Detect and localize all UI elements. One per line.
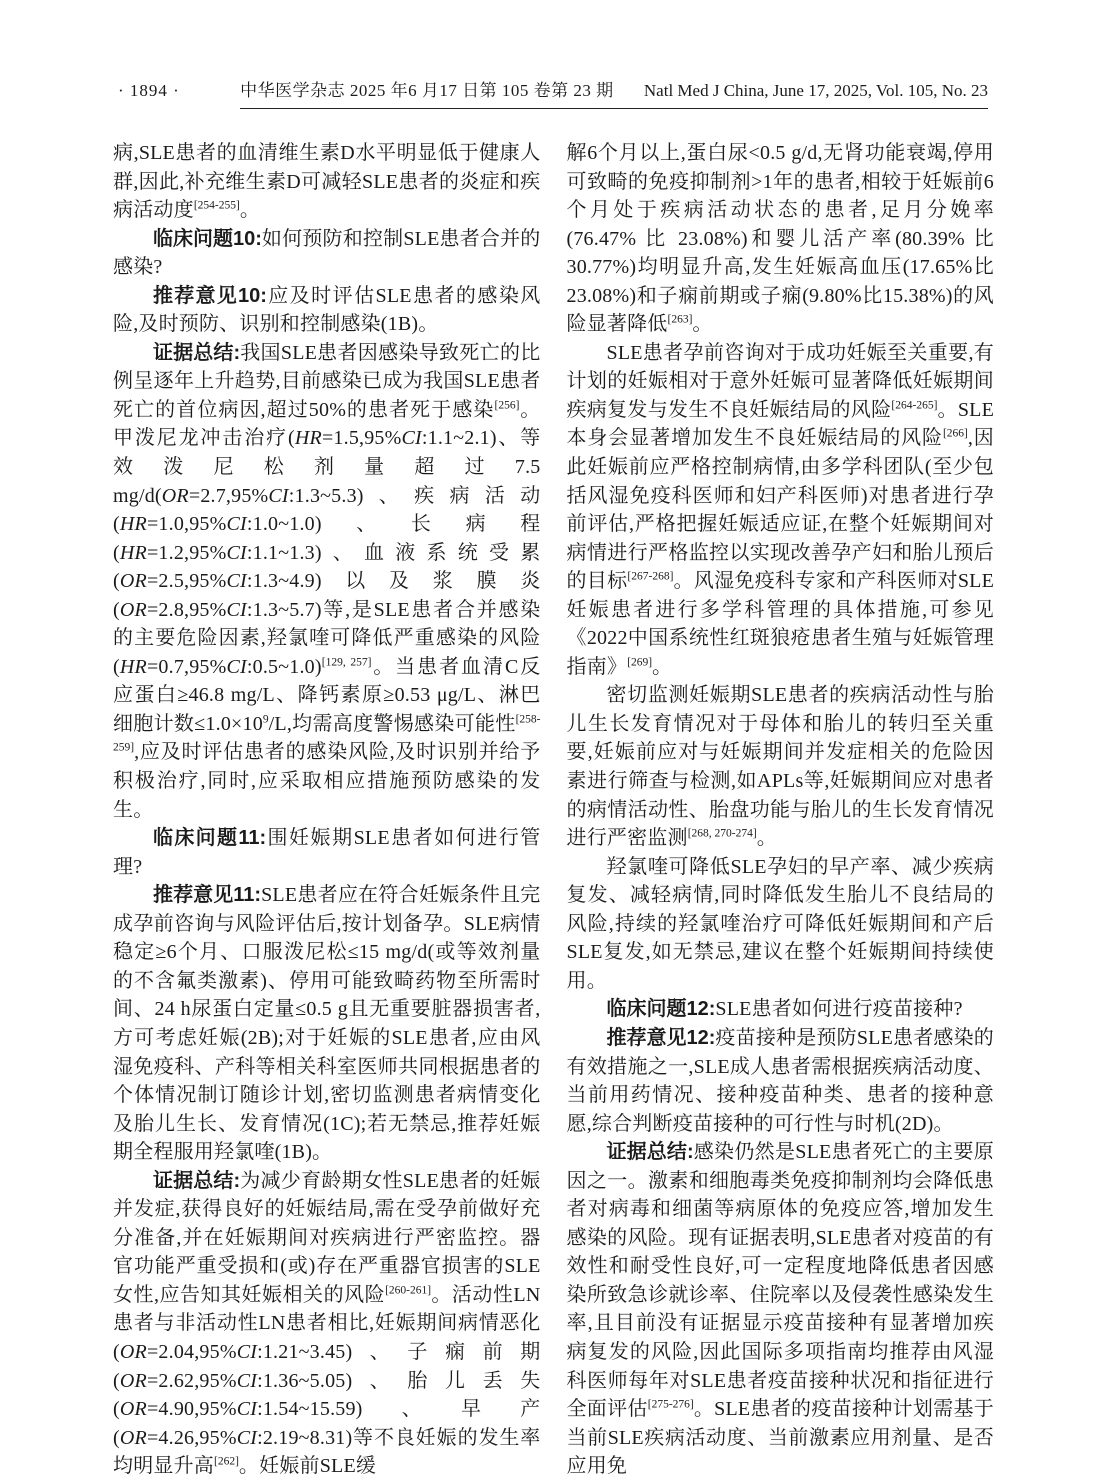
section-label: 临床问题12: xyxy=(607,998,716,1020)
statistic-variable: HR xyxy=(120,513,147,535)
reference-superscript: [266] xyxy=(943,428,968,440)
paragraph: 推荐意见11:SLE患者应在符合妊娠条件且完成孕前咨询与风险评估后,按计划备孕。… xyxy=(113,881,541,1166)
paragraph: 证据总结:为减少育龄期女性SLE患者的妊娠并发症,获得良好的妊娠结局,需在受孕前… xyxy=(113,1167,541,1481)
statistic-variable: OR xyxy=(120,1427,147,1449)
article-body: 病,SLE患者的血清维生素D水平明显低于健康人群,因此,补充维生素D可减轻SLE… xyxy=(113,139,994,1481)
reference-superscript: [269] xyxy=(627,656,652,668)
paragraph: 证据总结:我国SLE患者因感染导致死亡的比例呈逐年上升趋势,目前感染已成为我国S… xyxy=(113,339,541,824)
reference-superscript: [256] xyxy=(494,399,519,411)
section-label: 证据总结: xyxy=(607,1141,694,1163)
paragraph: 临床问题11:围妊娠期SLE患者如何进行管理? xyxy=(113,824,541,881)
statistic-variable: HR xyxy=(120,542,147,564)
statistic-variable: OR xyxy=(162,485,189,507)
statistic-variable: CI xyxy=(226,513,246,535)
reference-superscript: [275-276] xyxy=(648,1398,694,1410)
statistic-variable: CI xyxy=(226,570,246,592)
statistic-variable: CI xyxy=(226,599,246,621)
paragraph: 证据总结:感染仍然是SLE患者死亡的主要原因之一。激素和细胞毒类免疫抑制剂均会降… xyxy=(567,1138,995,1481)
paragraph: 推荐意见10:应及时评估SLE患者的感染风险,及时预防、识别和控制感染(1B)。 xyxy=(113,282,541,339)
section-label: 临床问题10: xyxy=(153,228,262,250)
reference-superscript: [267-268] xyxy=(627,571,673,583)
reference-superscript: [263] xyxy=(668,314,693,326)
journal-citation-cn: 中华医学杂志 2025 年6 月17 日第 105 卷第 23 期 xyxy=(240,81,614,100)
reference-superscript: [264-265] xyxy=(891,399,937,411)
right-column: 解6个月以上,蛋白尿<0.5 g/d,无肾功能衰竭,停用可致畸的免疫抑制剂>1年… xyxy=(567,139,995,1481)
paragraph: 临床问题10:如何预防和控制SLE患者合并的感染? xyxy=(113,225,541,282)
section-label: 临床问题11: xyxy=(153,827,266,849)
statistic-variable: OR xyxy=(120,570,147,592)
left-column: 病,SLE患者的血清维生素D水平明显低于健康人群,因此,补充维生素D可减轻SLE… xyxy=(113,139,541,1481)
statistic-variable: OR xyxy=(120,1398,147,1420)
statistic-variable: CI xyxy=(237,1398,257,1420)
section-label: 推荐意见12: xyxy=(607,1027,716,1049)
page-number: · 1894 · xyxy=(118,81,180,101)
statistic-variable: OR xyxy=(120,599,147,621)
journal-page: · 1894 · 中华医学杂志 2025 年6 月17 日第 105 卷第 23… xyxy=(0,0,1100,1482)
paragraph: 临床问题12:SLE患者如何进行疫苗接种? xyxy=(567,995,995,1024)
paragraph: 羟氯喹可降低SLE孕妇的早产率、减少疾病复发、减轻病情,同时降低发生胎儿不良结局… xyxy=(567,853,995,996)
statistic-variable: CI xyxy=(268,485,288,507)
statistic-variable: CI xyxy=(237,1427,257,1449)
statistic-variable: OR xyxy=(120,1341,147,1363)
statistic-variable: CI xyxy=(237,1341,257,1363)
statistic-variable: CI xyxy=(226,542,246,564)
statistic-variable: CI xyxy=(226,656,246,678)
statistic-variable: CI xyxy=(401,427,421,449)
paragraph: 解6个月以上,蛋白尿<0.5 g/d,无肾功能衰竭,停用可致畸的免疫抑制剂>1年… xyxy=(567,139,995,339)
page-header: · 1894 · 中华医学杂志 2025 年6 月17 日第 105 卷第 23… xyxy=(118,76,988,109)
reference-superscript: [262] xyxy=(214,1456,239,1468)
reference-superscript: 9 xyxy=(263,713,269,725)
paragraph: 密切监测妊娠期SLE患者的疾病活动性与胎儿生长发育情况对于母体和胎儿的转归至关重… xyxy=(567,681,995,852)
reference-superscript: [258-259] xyxy=(113,713,541,754)
journal-citation-en: Natl Med J China, June 17, 2025, Vol. 10… xyxy=(644,81,988,100)
reference-superscript: [260-261] xyxy=(385,1284,431,1296)
reference-superscript: [254-255] xyxy=(194,199,240,211)
reference-superscript: [129, 257] xyxy=(322,656,372,668)
statistic-variable: HR xyxy=(120,656,147,678)
section-label: 证据总结: xyxy=(153,1170,240,1192)
section-label: 推荐意见11: xyxy=(153,884,261,906)
section-label: 推荐意见10: xyxy=(153,285,267,307)
statistic-variable: OR xyxy=(120,1370,147,1392)
paragraph: SLE患者孕前咨询对于成功妊娠至关重要,有计划的妊娠相对于意外妊娠可显著降低妊娠… xyxy=(567,339,995,682)
paragraph: 推荐意见12:疫苗接种是预防SLE患者感染的有效措施之一,SLE成人患者需根据疾… xyxy=(567,1024,995,1138)
section-label: 证据总结: xyxy=(153,342,240,364)
reference-superscript: [268, 270-274] xyxy=(688,827,757,839)
statistic-variable: HR xyxy=(295,427,322,449)
journal-citation: 中华医学杂志 2025 年6 月17 日第 105 卷第 23 期 Natl M… xyxy=(240,76,988,109)
statistic-variable: CI xyxy=(237,1370,257,1392)
paragraph: 病,SLE患者的血清维生素D水平明显低于健康人群,因此,补充维生素D可减轻SLE… xyxy=(113,139,541,225)
